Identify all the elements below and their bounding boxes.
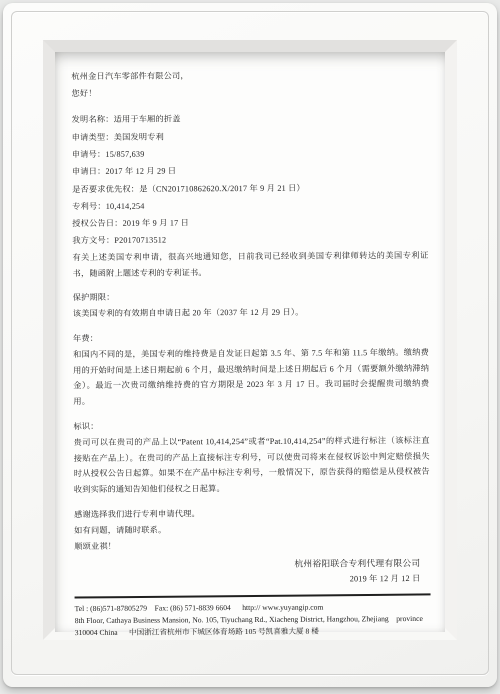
detail-priority-claim: 是否要求优先权：是（CN201710862620.X/2017 年 9 月 21… xyxy=(72,179,428,198)
detail-label: 发明名称： xyxy=(72,115,114,124)
detail-value: 美国发明专利 xyxy=(114,132,164,141)
detail-our-ref-number: 我方文号：P20170713512 xyxy=(72,230,428,249)
footer-address-cn-line: 310004 China 中国浙江省杭州市下城区体育场路 105 号凯喜雅大厦 … xyxy=(75,624,431,638)
detail-label: 专利号： xyxy=(72,202,106,211)
detail-label: 是否要求优先权： xyxy=(72,184,139,193)
signature-block: 杭州裕阳联合专利代理有限公司 2019 年 12 月 12 日 xyxy=(74,554,430,588)
detail-application-number: 申请号：15/857,639 xyxy=(72,144,428,163)
closing-regards-line: 顺颂业祺！ xyxy=(74,537,430,555)
detail-value: 2019 年 9 月 17 日 xyxy=(123,219,190,228)
detail-invention-title: 发明名称：适用于车厢的折盖 xyxy=(72,109,428,128)
section-body: 贵司可以在贵司的产品上以“Patent 10,414,254”或者“Pat.10… xyxy=(74,433,430,498)
detail-value: 适用于车厢的折盖 xyxy=(114,115,181,124)
detail-patent-number: 专利号：10,414,254 xyxy=(72,196,428,215)
detail-label: 申请类型： xyxy=(72,133,114,142)
detail-value: 是（CN201710862620.X/2017 年 9 月 21 日） xyxy=(139,183,305,193)
detail-application-date: 申请日：2017 年 12 月 29 日 xyxy=(72,161,428,180)
detail-label: 我方文号： xyxy=(72,236,114,245)
detail-label: 授权公告日： xyxy=(72,219,122,228)
detail-value: 15/857,639 xyxy=(105,150,144,159)
footer-divider xyxy=(75,593,431,598)
section-body: 和国内不同的是，美国专利的维持费是自发证日起第 3.5 年、第 7.5 年和第 … xyxy=(73,345,429,410)
letterhead-footer: Tel : (86)571-87805279 Fax: (86) 571-883… xyxy=(75,600,431,638)
section-marking: 标识： 贵司可以在贵司的产品上以“Patent 10,414,254”或者“Pa… xyxy=(73,417,429,498)
letter-content: 杭州金日汽车零部件有限公司， 您好！ 发明名称：适用于车厢的折盖 申请类型：美国… xyxy=(53,51,447,633)
detail-application-type: 申请类型：美国发明专利 xyxy=(72,127,428,146)
detail-grant-date: 授权公告日：2019 年 9 月 17 日 xyxy=(72,213,428,232)
closing-block: 感谢选择我们进行专利申请代理。 如有问题，请随时联系。 顺颂业祺！ xyxy=(74,505,430,556)
detail-value: 10,414,254 xyxy=(106,202,145,211)
letter-document: 杭州金日汽车零部件有限公司， 您好！ 发明名称：适用于车厢的折盖 申请类型：美国… xyxy=(55,52,445,632)
section-annuity-fee: 年费： 和国内不同的是，美国专利的维持费是自发证日起第 3.5 年、第 7.5 … xyxy=(73,329,429,410)
detail-label: 申请号： xyxy=(72,150,106,159)
recipient-line: 杭州金日汽车零部件有限公司， xyxy=(71,66,427,85)
section-protection-term: 保护期限： 该美国专利的有效期自申请日起 20 年（2037 年 12 月 29… xyxy=(73,288,429,322)
intro-paragraph: 有关上述美国专利申请，很高兴地通知您，日前我司已经收到美国专利律师转达的美国专利… xyxy=(72,248,428,282)
salutation-line: 您好！ xyxy=(71,83,427,102)
detail-value: P20170713512 xyxy=(114,236,166,245)
patent-details: 发明名称：适用于车厢的折盖 申请类型：美国发明专利 申请号：15/857,639… xyxy=(72,109,429,250)
detail-label: 申请日： xyxy=(72,167,106,176)
footer-address-en-line: 8th Floor, Cathaya Business Mansion, No.… xyxy=(75,612,431,626)
detail-value: 2017 年 12 月 29 日 xyxy=(105,167,176,176)
photo-background: 杭州金日汽车零部件有限公司， 您好！ 发明名称：适用于车厢的折盖 申请类型：美国… xyxy=(0,0,500,694)
section-body: 该美国专利的有效期自申请日起 20 年（2037 年 12 月 29 日）。 xyxy=(73,304,429,322)
signature-date: 2019 年 12 月 12 日 xyxy=(74,571,420,589)
